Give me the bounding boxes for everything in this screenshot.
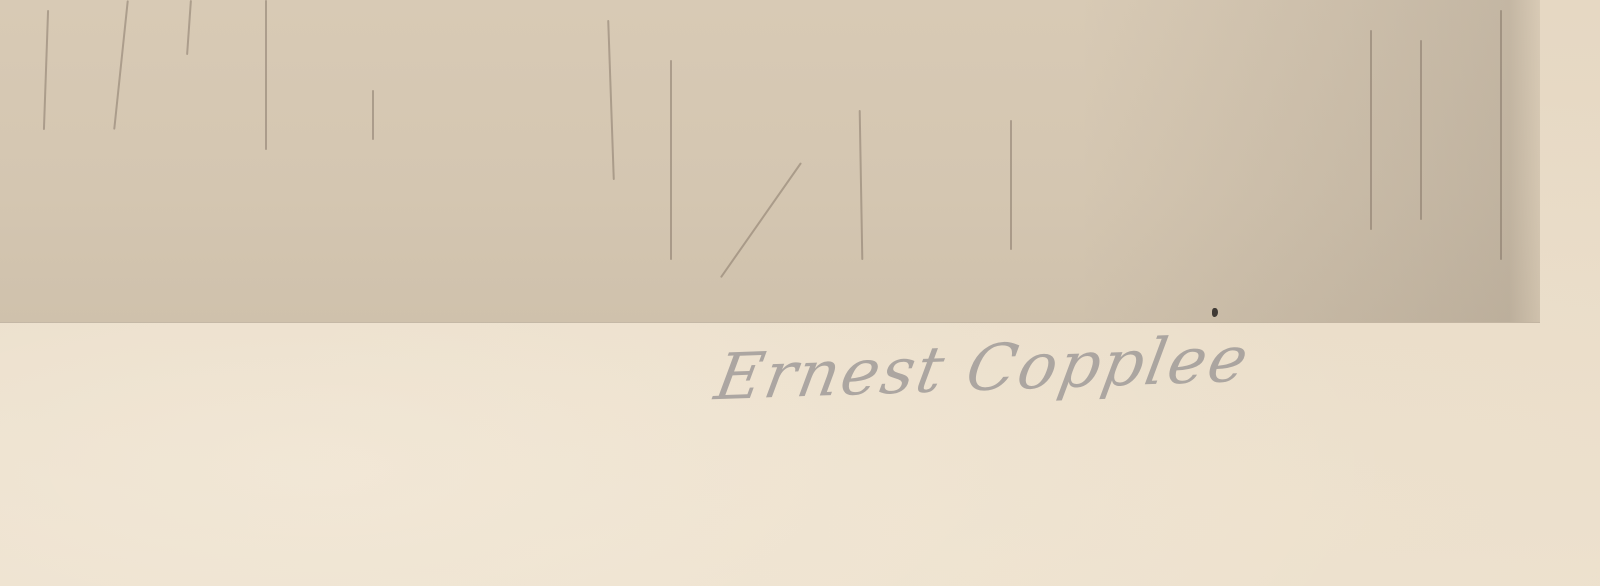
etched-plate-area <box>0 0 1540 322</box>
scratch-mark <box>113 0 128 129</box>
scratch-mark <box>1420 40 1422 220</box>
scratch-mark <box>670 60 672 260</box>
scratch-mark <box>186 0 191 55</box>
scratch-mark <box>265 0 267 150</box>
scratch-mark <box>607 20 614 180</box>
scratch-mark <box>1370 30 1372 230</box>
scratch-mark <box>859 110 863 260</box>
scratch-mark <box>372 90 374 140</box>
scratch-mark <box>1500 10 1502 260</box>
scratch-mark <box>43 10 49 130</box>
scratch-mark <box>720 162 802 278</box>
scratch-mark <box>1010 120 1012 250</box>
